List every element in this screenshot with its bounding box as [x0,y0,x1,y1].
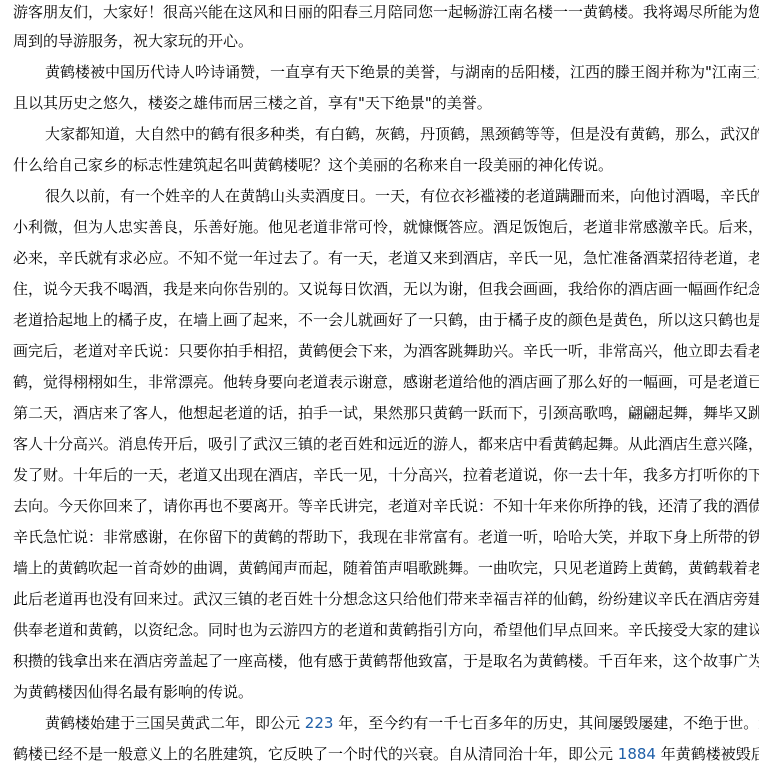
text-line: 供奉老道和黄鹤，以资纪念。同时也为云游四方的老道和黄鹤指引方向，希望他们早点回来… [13,615,759,646]
text-line: 此后老道再也没有回来过。武汉三镇的老百姓十分想念这只给他们带来幸福吉祥的仙鹤，纷… [13,584,759,615]
text-line: 游客朋友们，大家好！很高兴能在这风和日丽的阳春三月陪同您一起畅游江南名楼一一黄鹤… [13,0,759,26]
text-line: 辛氏急忙说：非常感谢，在你留下的黄鹤的帮助下，我现在非常富有。老道一听，哈哈大笑… [13,522,759,553]
paragraph-legend: 很久以前，有一个姓辛的人在黄鹄山头卖酒度日。一天，有位衣衫褴褛的老道蹒跚而来，向… [13,181,759,708]
text-line: 画完后，老道对辛氏说：只要你拍手相招，黄鹤便会下来，为酒客跳舞助兴。辛氏一听，非… [13,336,759,367]
text-line: 小利微，但为人忠实善良，乐善好施。他见老道非常可怜，就慷慨答应。酒足饭饱后，老道… [13,212,759,243]
year-number: 1884 [618,745,656,763]
text-segment: 年，至今约有一千七百多年的历史，其间屡毁屡建，不绝于世。这是因为黄 [333,714,759,732]
text-segment: 年黄鹤楼被毁后，人们一 [656,745,759,763]
text-line: 客人十分高兴。消息传开后，吸引了武汉三镇的老百姓和远近的游人，都来店中看黄鹤起舞… [13,429,759,460]
text-line: 第二天，酒店来了客人，他想起老道的话，拍手一试，果然那只黄鹤一跃而下，引颈高歌鸣… [13,398,759,429]
text-line: 老道拾起地上的橘子皮，在墙上画了起来，不一会儿就画好了一只鹤，由于橘子皮的颜色是… [13,305,759,336]
paragraph-history: 黄鹤楼始建于三国吴黄武二年，即公元 223 年，至今约有一千七百多年的历史，其间… [13,708,759,770]
text-line: 鹤楼已经不是一般意义上的名胜建筑，它反映了一个时代的兴衰。自从清同治十年，即公元… [13,739,759,770]
text-line: 大家都知道，大自然中的鹤有很多种类，有白鹤，灰鹤，丹顶鹤，黑颈鹤等等，但是没有黄… [13,119,759,150]
text-segment: 黄鹤楼始建于三国吴黄武二年，即公元 [45,714,305,732]
paragraph-reputation: 黄鹤楼被中国历代诗人吟诗诵赞，一直享有天下绝景的美誉，与湖南的岳阳楼，江西的滕王… [13,57,759,119]
paragraph-crane-question: 大家都知道，大自然中的鹤有很多种类，有白鹤，灰鹤，丹顶鹤，黑颈鹤等等，但是没有黄… [13,119,759,181]
text-line: 鹤，觉得栩栩如生，非常漂亮。他转身要向老道表示谢意，感谢老道给他的酒店画了那么好… [13,367,759,398]
text-line: 且以其历史之悠久，楼姿之雄伟而居三楼之首，享有"天下绝景"的美誉。 [13,88,759,119]
text-segment: 鹤楼已经不是一般意义上的名胜建筑，它反映了一个时代的兴衰。自从清同治十年，即公元 [13,745,618,763]
text-line: 住，说今天我不喝酒，我是来向你告别的。又说每日饮酒，无以为谢，但我会画画，我给你… [13,274,759,305]
paragraph-greeting: 游客朋友们，大家好！很高兴能在这风和日丽的阳春三月陪同您一起畅游江南名楼一一黄鹤… [13,0,759,57]
text-line: 发了财。十年后的一天，老道又出现在酒店，辛氏一见，十分高兴，拉着老道说，你一去十… [13,460,759,491]
text-line: 黄鹤楼始建于三国吴黄武二年，即公元 223 年，至今约有一千七百多年的历史，其间… [13,708,759,739]
text-line: 为黄鹤楼因仙得名最有影响的传说。 [13,677,759,708]
text-line: 很久以前，有一个姓辛的人在黄鹄山头卖酒度日。一天，有位衣衫褴褛的老道蹒跚而来，向… [13,181,759,212]
text-line: 积攒的钱拿出来在酒店旁盖起了一座高楼，他有感于黄鹤帮他致富，于是取名为黄鹤楼。千… [13,646,759,677]
text-line: 必来，辛氏就有求必应。不知不觉一年过去了。有一天，老道又来到酒店，辛氏一见，急忙… [13,243,759,274]
text-line: 去向。今天你回来了，请你再也不要离开。等辛氏讲完，老道对辛氏说：不知十年来你所挣… [13,491,759,522]
text-line: 什么给自己家乡的标志性建筑起名叫黄鹤楼呢？这个美丽的名称来自一段美丽的神化传说。 [13,150,759,181]
year-number: 223 [305,714,334,732]
document-body: 游客朋友们，大家好！很高兴能在这风和日丽的阳春三月陪同您一起畅游江南名楼一一黄鹤… [13,0,759,770]
text-line: 周到的导游服务，祝大家玩的开心。 [13,26,759,57]
text-line: 黄鹤楼被中国历代诗人吟诗诵赞，一直享有天下绝景的美誉，与湖南的岳阳楼，江西的滕王… [13,57,759,88]
text-line: 墙上的黄鹤吹起一首奇妙的曲调，黄鹤闻声而起，随着笛声唱歌跳舞。一曲吹完，只见老道… [13,553,759,584]
